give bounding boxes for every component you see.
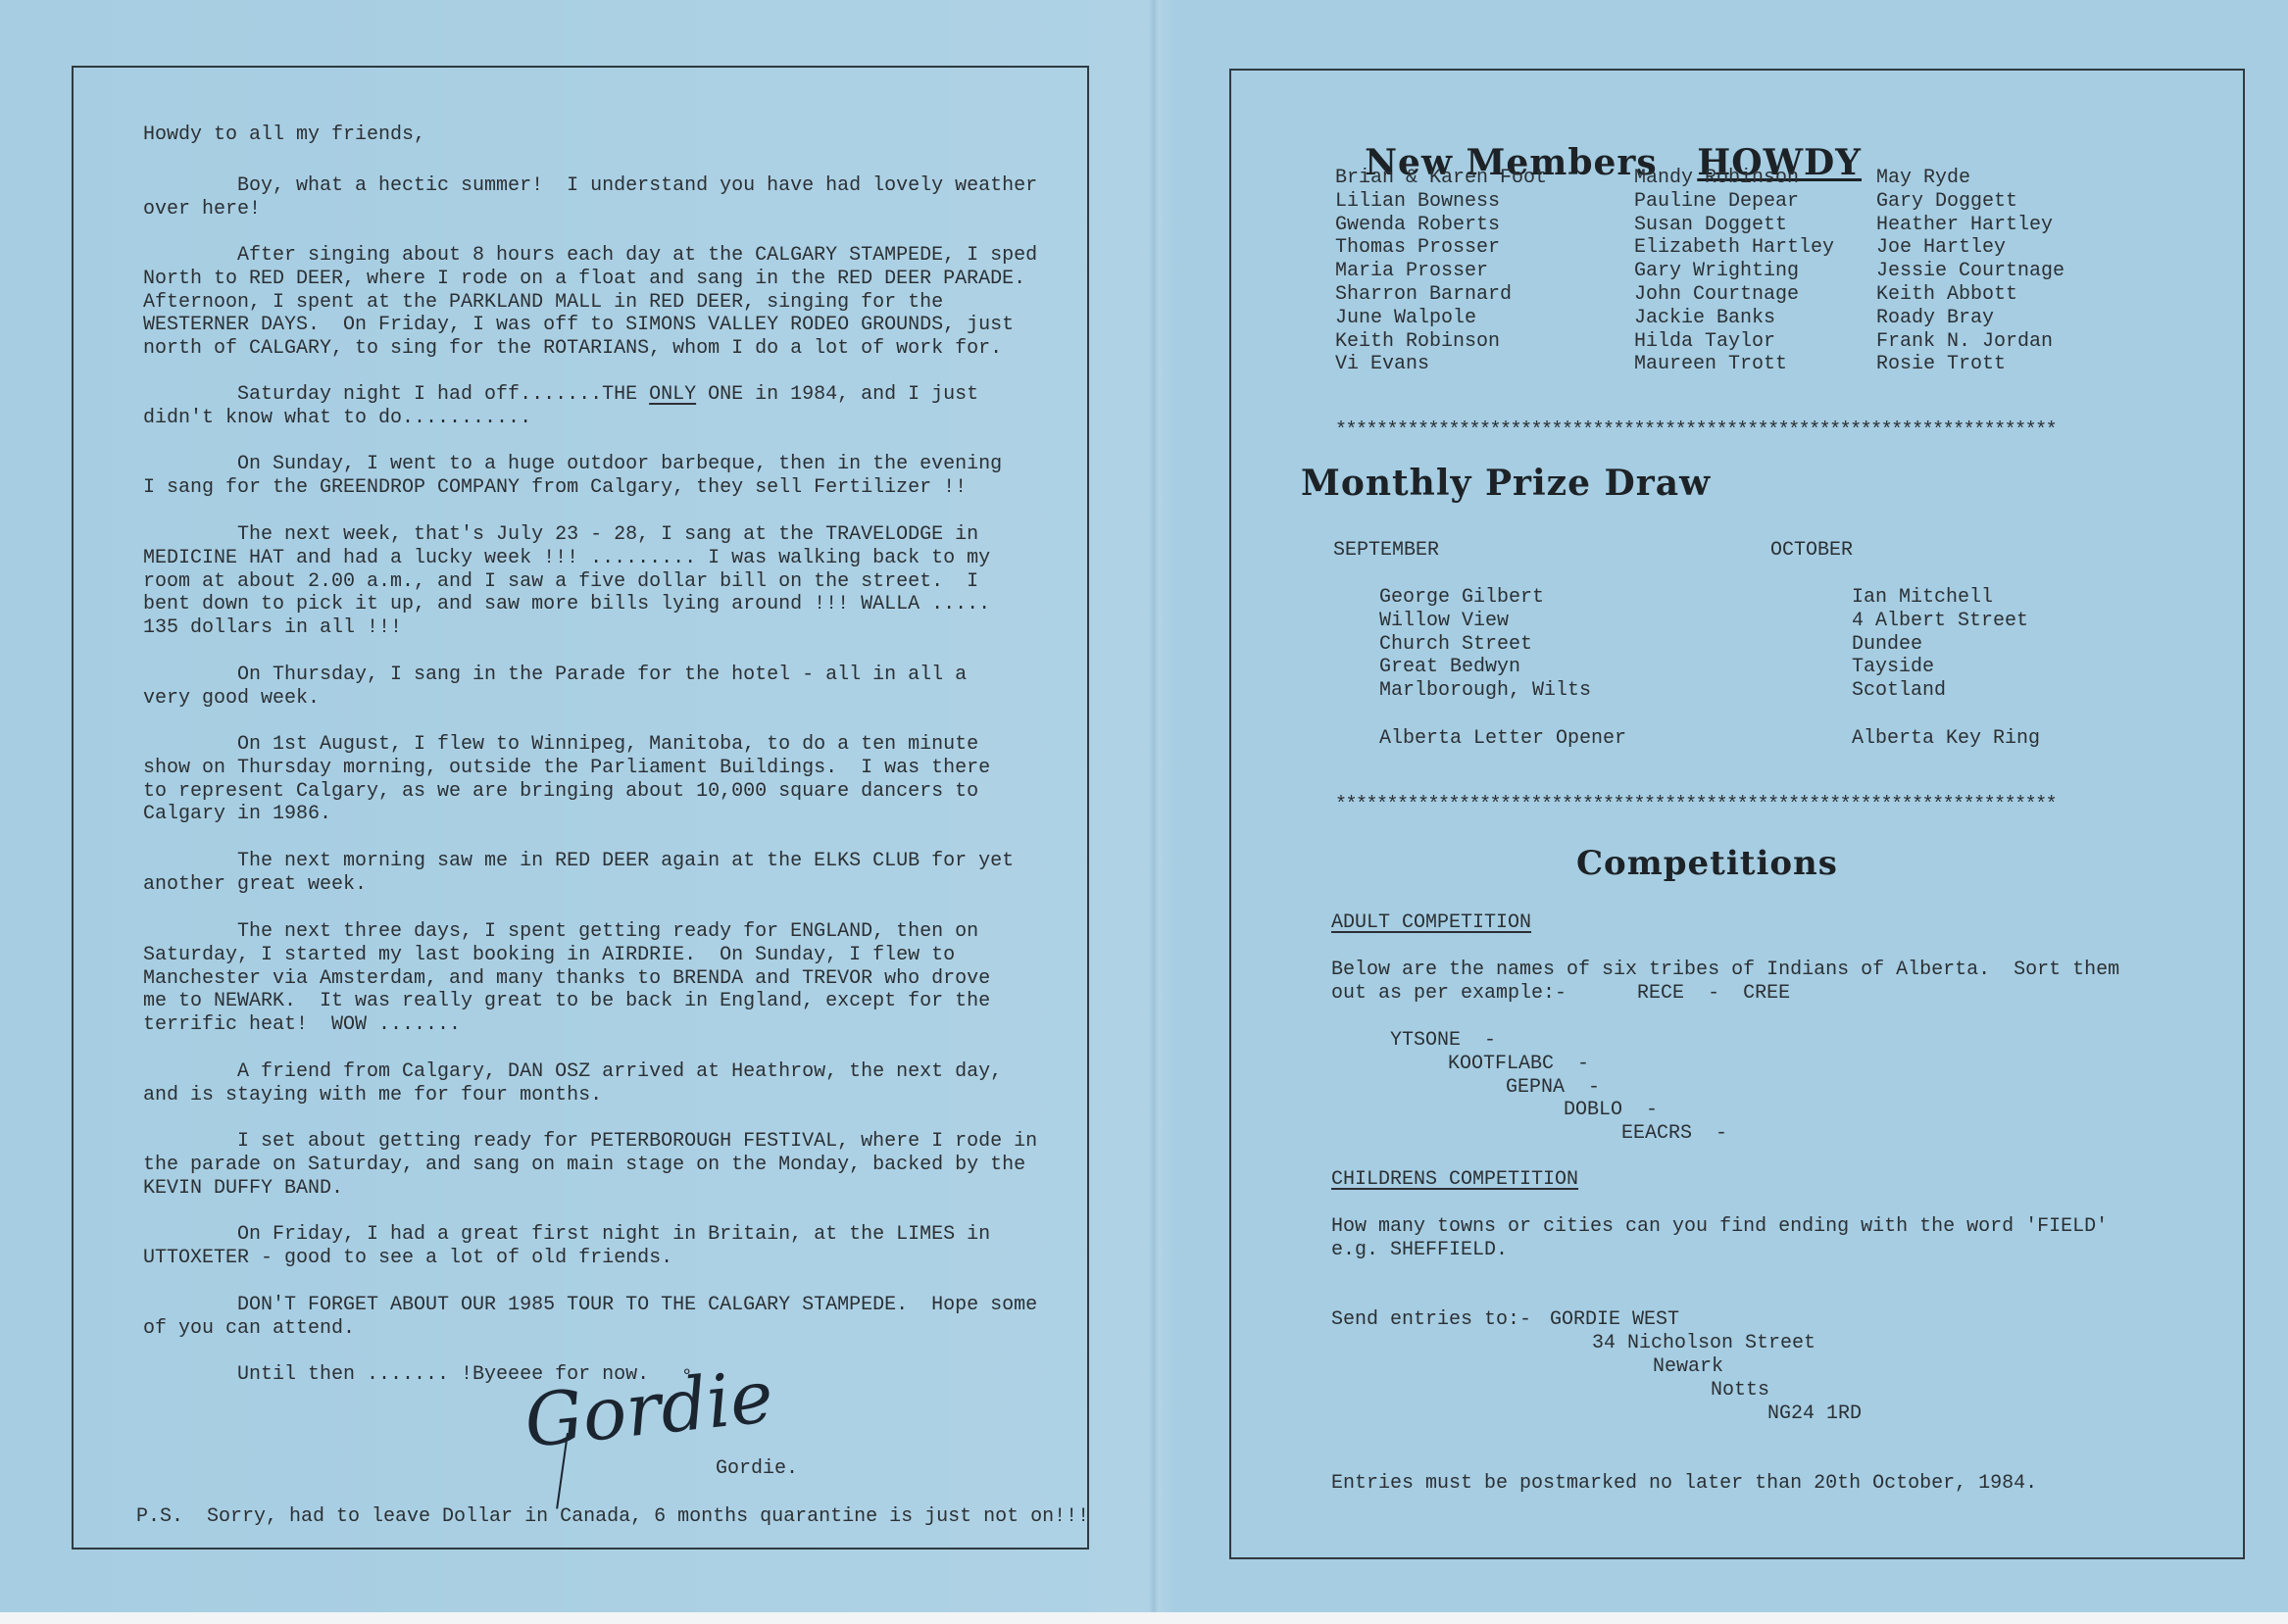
tribe-puzzle: KOOTFLABC -: [1448, 1053, 1589, 1076]
letter-paragraph-line: and is staying with me for four months.: [143, 1084, 602, 1107]
winner-address-line: Scotland: [1852, 679, 1946, 703]
winner-address-line: Marlborough, Wilts: [1379, 679, 1591, 703]
letter-paragraph-line: MEDICINE HAT and had a lucky week !!! ..…: [143, 547, 990, 570]
winner-address-line: Tayside: [1852, 656, 1934, 679]
letter-paragraph-line: A friend from Calgary, DAN OSZ arrived a…: [143, 1060, 1002, 1084]
member-name: Keith Abbott: [1876, 283, 2017, 307]
letter-paragraph-line: The next three days, I spent getting rea…: [143, 920, 978, 944]
winner-address-line: Willow View: [1379, 610, 1509, 633]
winner-address-line: Ian Mitchell: [1852, 586, 1993, 610]
adult-competition-text-2: out as per example:- RECE - CREE: [1331, 982, 1790, 1006]
member-name: John Courtnage: [1634, 283, 1799, 307]
send-address-line: 34 Nicholson Street: [1592, 1332, 1815, 1355]
letter-paragraph-line: WESTERNER DAYS. On Friday, I was off to …: [143, 314, 1014, 337]
letter-paragraph-line: DON'T FORGET ABOUT OUR 1985 TOUR TO THE …: [143, 1294, 1037, 1317]
letter-paragraph-line: very good week.: [143, 687, 320, 711]
letter-paragraph-line: Saturday night I had off.......THE ONLY …: [143, 383, 978, 407]
winner-address-line: Dundee: [1852, 633, 1922, 657]
letter-paragraph-line: to represent Calgary, as we are bringing…: [143, 780, 978, 804]
member-name: Hilda Taylor: [1634, 330, 1775, 354]
prize-month-label: SEPTEMBER: [1333, 539, 1439, 563]
member-name: Gary Wrighting: [1634, 260, 1799, 283]
letter-postscript: P.S. Sorry, had to leave Dollar in Canad…: [136, 1505, 1089, 1529]
letter-paragraph-line: didn't know what to do...........: [143, 407, 531, 430]
prize-draw-heading: Monthly Prize Draw: [1301, 463, 1711, 504]
member-name: Frank N. Jordan: [1876, 330, 2053, 354]
member-name: June Walpole: [1335, 307, 1476, 330]
member-name: Vi Evans: [1335, 353, 1429, 376]
send-address-line: Notts: [1711, 1379, 1769, 1403]
tribe-puzzle: EEACRS -: [1621, 1122, 1727, 1146]
member-name: Lilian Bowness: [1335, 190, 1500, 214]
emphasis-only: ONLY: [649, 383, 696, 406]
letter-paragraph-line: me to NEWARK. It was really great to be …: [143, 990, 990, 1013]
childrens-competition-title: CHILDRENS COMPETITION: [1331, 1168, 1578, 1192]
member-name: Sharron Barnard: [1335, 283, 1512, 307]
entries-deadline: Entries must be postmarked no later than…: [1331, 1472, 2037, 1496]
prize-item: Alberta Key Ring: [1852, 727, 2040, 751]
member-name: Thomas Prosser: [1335, 236, 1500, 260]
letter-paragraph-line: of you can attend.: [143, 1317, 355, 1341]
letter-paragraph-line: bent down to pick it up, and saw more bi…: [143, 593, 990, 616]
letter-paragraph-line: On 1st August, I flew to Winnipeg, Manit…: [143, 733, 978, 757]
letter-paragraph-line: room at about 2.00 a.m., and I saw a fiv…: [143, 570, 978, 594]
member-name: Maureen Trott: [1634, 353, 1787, 376]
divider-stars-1: ****************************************…: [1335, 419, 2056, 442]
member-name: Jessie Courtnage: [1876, 260, 2064, 283]
letter-paragraph-line: North to RED DEER, where I rode on a flo…: [143, 268, 1025, 291]
letter-paragraph-line: show on Thursday morning, outside the Pa…: [143, 757, 990, 780]
letter-paragraph-line: I sang for the GREENDROP COMPANY from Ca…: [143, 476, 967, 500]
winner-address-line: Church Street: [1379, 633, 1532, 657]
letter-paragraph-line: UTTOXETER - good to see a lot of old fri…: [143, 1247, 672, 1270]
letter-paragraph-line: over here!: [143, 198, 261, 221]
send-address-line: Newark: [1653, 1355, 1723, 1379]
divider-stars-2: ****************************************…: [1335, 794, 2056, 816]
member-name: Keith Robinson: [1335, 330, 1500, 354]
letter-paragraph-line: On Friday, I had a great first night in …: [143, 1223, 990, 1247]
member-name: Gary Doggett: [1876, 190, 2017, 214]
childrens-competition-text-1: How many towns or cities can you find en…: [1331, 1215, 2108, 1239]
member-name: Heather Hartley: [1876, 214, 2053, 237]
winner-address-line: 4 Albert Street: [1852, 610, 2028, 633]
member-name: Brian & Karen Foot: [1335, 167, 1547, 190]
competitions-heading: Competitions: [1576, 844, 1838, 883]
tribe-puzzle: DOBLO -: [1564, 1099, 1658, 1122]
letter-paragraph-line: The next morning saw me in RED DEER agai…: [143, 850, 1014, 873]
send-entries-label: Send entries to:-: [1331, 1308, 1531, 1332]
letter-paragraph-line: Boy, what a hectic summer! I understand …: [143, 174, 1037, 198]
adult-competition-title: ADULT COMPETITION: [1331, 911, 1531, 935]
letter-paragraph-line: Calgary in 1986.: [143, 803, 331, 826]
member-name: Joe Hartley: [1876, 236, 2006, 260]
member-name: Susan Doggett: [1634, 214, 1787, 237]
member-name: Gwenda Roberts: [1335, 214, 1500, 237]
winner-address-line: George Gilbert: [1379, 586, 1544, 610]
send-address-line: NG24 1RD: [1767, 1403, 1862, 1426]
member-name: Rosie Trott: [1876, 353, 2006, 376]
member-name: Elizabeth Hartley: [1634, 236, 1834, 260]
prize-month-label: OCTOBER: [1770, 539, 1853, 563]
letter-greeting: Howdy to all my friends,: [143, 123, 425, 147]
typed-signature: Gordie.: [716, 1457, 798, 1481]
member-name: Pauline Depear: [1634, 190, 1799, 214]
member-name: Jackie Banks: [1634, 307, 1775, 330]
letter-paragraph-line: Manchester via Amsterdam, and many thank…: [143, 967, 990, 991]
letter-paragraph-line: 135 dollars in all !!!: [143, 616, 402, 640]
member-name: Roady Bray: [1876, 307, 1994, 330]
letter-paragraph-line: the parade on Saturday, and sang on main…: [143, 1154, 1025, 1177]
letter-paragraph-line: KEVIN DUFFY BAND.: [143, 1177, 343, 1201]
letter-paragraph-line: The next week, that's July 23 - 28, I sa…: [143, 523, 978, 547]
letter-paragraph-line: terrific heat! WOW .......: [143, 1013, 461, 1037]
prize-item: Alberta Letter Opener: [1379, 727, 1626, 751]
letter-paragraph-line: Saturday, I started my last booking in A…: [143, 944, 955, 967]
tribe-puzzle: YTSONE -: [1390, 1029, 1496, 1053]
letter-paragraph-line: another great week.: [143, 873, 367, 897]
send-address-line: GORDIE WEST: [1550, 1308, 1679, 1332]
letter-paragraph-line: north of CALGARY, to sing for the ROTARI…: [143, 337, 1002, 361]
letter-paragraph-line: After singing about 8 hours each day at …: [143, 244, 1037, 268]
member-name: Maria Prosser: [1335, 260, 1488, 283]
letter-paragraph-line: On Sunday, I went to a huge outdoor barb…: [143, 453, 1002, 476]
member-name: Mandy Robinson: [1634, 167, 1799, 190]
newsletter-spread: Howdy to all my friends, Boy, what a hec…: [0, 0, 2288, 1612]
letter-paragraph-line: Afternoon, I spent at the PARKLAND MALL …: [143, 291, 943, 315]
childrens-competition-text-2: e.g. SHEFFIELD.: [1331, 1239, 1508, 1262]
letter-paragraph-line: On Thursday, I sang in the Parade for th…: [143, 664, 967, 687]
letter-paragraph-line: I set about getting ready for PETERBOROU…: [143, 1130, 1037, 1154]
tribe-puzzle: GEPNA -: [1506, 1076, 1600, 1100]
winner-address-line: Great Bedwyn: [1379, 656, 1520, 679]
member-name: May Ryde: [1876, 167, 1970, 190]
adult-competition-text-1: Below are the names of six tribes of Ind…: [1331, 959, 2119, 982]
